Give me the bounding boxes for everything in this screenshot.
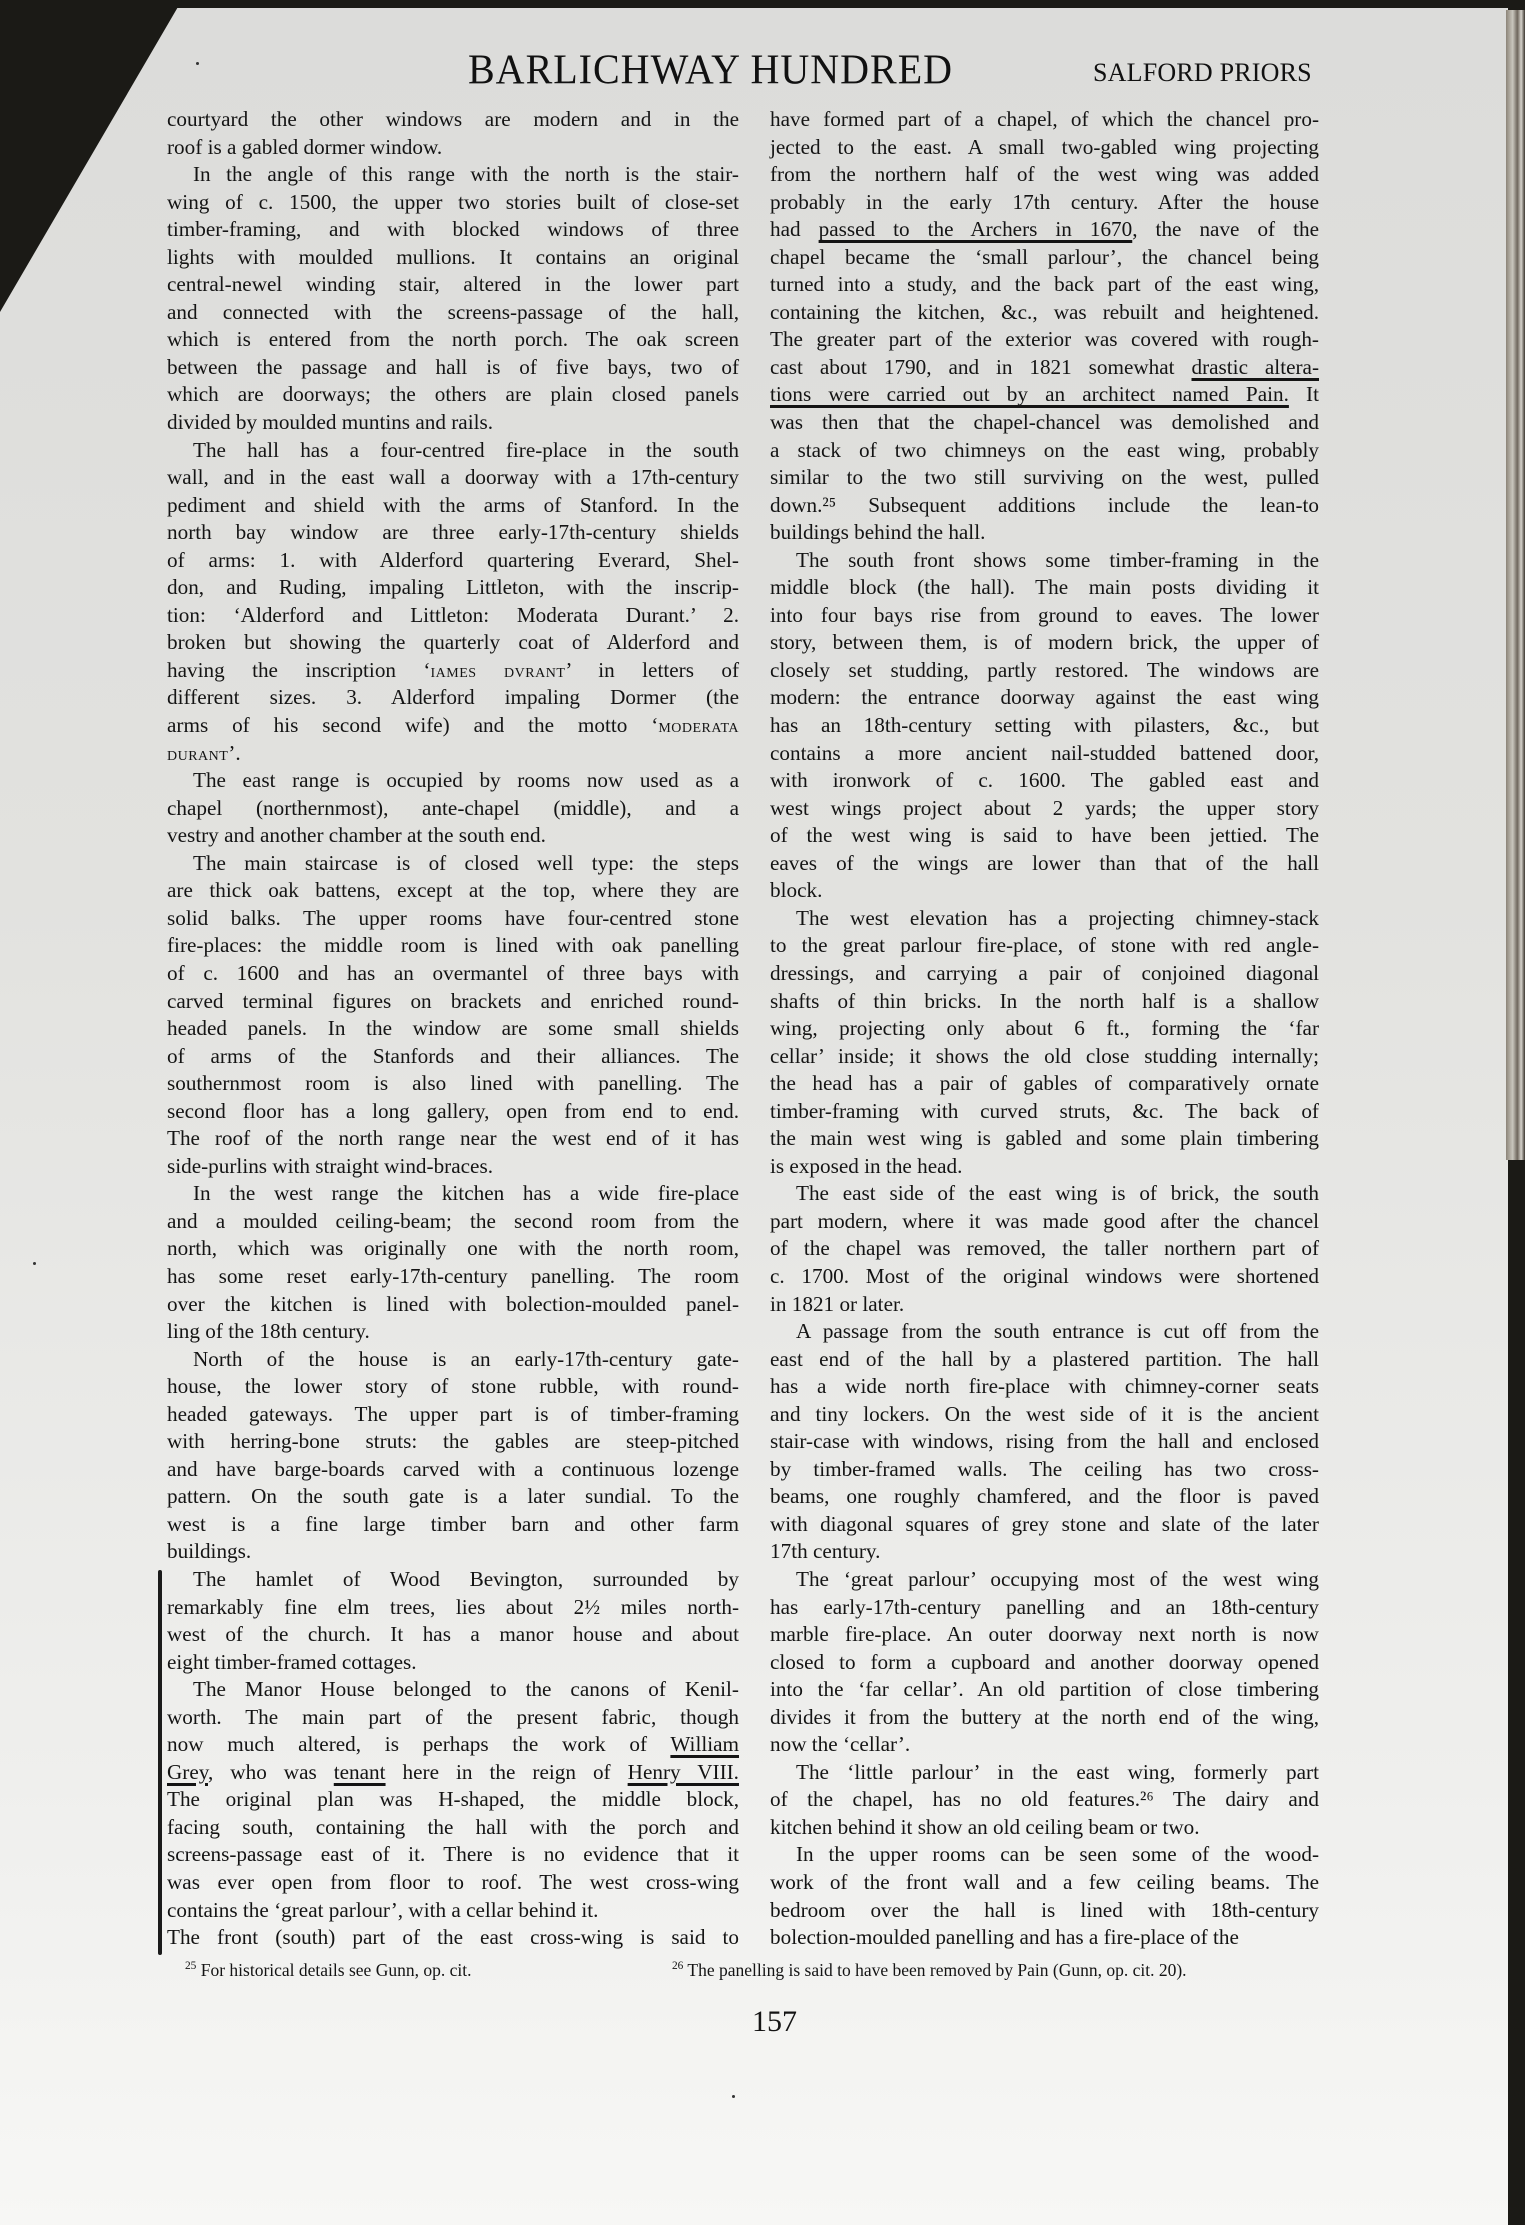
text-line: is exposed in the head. — [770, 1153, 1319, 1181]
text-line: wall, and in the east wall a doorway wit… — [167, 464, 739, 492]
text-line: into the ‘far cellar’. An old partition … — [770, 1676, 1319, 1704]
text-line: work of the front wall and a few ceiling… — [770, 1869, 1319, 1897]
text-line: carved terminal figures on brackets and … — [167, 988, 739, 1016]
text-line: In the west range the kitchen has a wide… — [167, 1180, 739, 1208]
text-line: similar to the two still surviving on th… — [770, 464, 1319, 492]
text-line: different sizes. 3. Alderford impaling D… — [167, 684, 739, 712]
text-line: solid balks. The upper rooms have four-c… — [167, 905, 739, 933]
text-line: remarkably fine elm trees, lies about 2½… — [167, 1594, 739, 1622]
text-line: c. 1700. Most of the original windows we… — [770, 1263, 1319, 1291]
page-number: 157 — [752, 2005, 797, 2039]
text-line: has a wide north fire-place with chimney… — [770, 1373, 1319, 1401]
text-line: of arms of the Stanfords and their allia… — [167, 1043, 739, 1071]
text-line: in 1821 or later. — [770, 1291, 1319, 1319]
text-line: Grey, who was tenant here in the reign o… — [167, 1759, 739, 1787]
text-line: stair-case with windows, rising from the… — [770, 1428, 1319, 1456]
text-line: screens-passage east of it. There is no … — [167, 1841, 739, 1869]
text-line: cast about 1790, and in 1821 somewhat dr… — [770, 354, 1319, 382]
text-line: closely set studding, partly restored. T… — [770, 657, 1319, 685]
text-line: the main west wing is gabled and some pl… — [770, 1125, 1319, 1153]
text-line: arms of his second wife) and the motto ‘… — [167, 712, 739, 740]
page-stack-edge — [1506, 10, 1525, 1160]
text-line: The west elevation has a projecting chim… — [770, 905, 1319, 933]
text-line: has some reset early-17th-century panell… — [167, 1263, 739, 1291]
text-line: 17th century. — [770, 1538, 1319, 1566]
running-head-section: SALFORD PRIORS — [1093, 58, 1312, 88]
text-line: probably in the early 17th century. Afte… — [770, 189, 1319, 217]
text-line: from the northern half of the west wing … — [770, 161, 1319, 189]
left-column: courtyard the other windows are modern a… — [167, 106, 739, 1952]
text-line: facing south, containing the hall with t… — [167, 1814, 739, 1842]
text-line: west is a fine large timber barn and oth… — [167, 1511, 739, 1539]
text-line: courtyard the other windows are modern a… — [167, 106, 739, 134]
text-line: eaves of the wings are lower than that o… — [770, 850, 1319, 878]
text-line: middle block (the hall). The main posts … — [770, 574, 1319, 602]
text-line: block. — [770, 877, 1319, 905]
text-line: containing the kitchen, &c., was rebuilt… — [770, 299, 1319, 327]
text-line: into four bays rise from ground to eaves… — [770, 602, 1319, 630]
text-line: lights with moulded mullions. It contain… — [167, 244, 739, 272]
text-line: now much altered, is perhaps the work of… — [167, 1731, 739, 1759]
text-line: by timber-framed walls. The ceiling has … — [770, 1456, 1319, 1484]
text-line: having the inscription ‘iames dvrant’ in… — [167, 657, 739, 685]
text-line: story, between them, is of modern brick,… — [770, 629, 1319, 657]
text-line: and a moulded ceiling-beam; the second r… — [167, 1208, 739, 1236]
text-line: bolection-moulded panelling and has a fi… — [770, 1924, 1319, 1952]
text-line: turned into a study, and the back part o… — [770, 271, 1319, 299]
text-line: The hall has a four-centred fire-place i… — [167, 437, 739, 465]
text-line: of c. 1600 and has an overmantel of thre… — [167, 960, 739, 988]
speck — [732, 2095, 735, 2098]
text-line: The roof of the north range near the wes… — [167, 1125, 739, 1153]
text-line: The greater part of the exterior was cov… — [770, 326, 1319, 354]
text-line: vestry and another chamber at the south … — [167, 822, 739, 850]
text-line: of arms: 1. with Alderford quartering Ev… — [167, 547, 739, 575]
text-line: which are doorways; the others are plain… — [167, 381, 739, 409]
text-line: pediment and shield with the arms of Sta… — [167, 492, 739, 520]
text-line: beams, one roughly chamfered, and the fl… — [770, 1483, 1319, 1511]
text-line: don, and Ruding, impaling Littleton, wit… — [167, 574, 739, 602]
text-line: now the ‘cellar’. — [770, 1731, 1319, 1759]
text-line: bedroom over the hall is lined with 18th… — [770, 1897, 1319, 1925]
text-line: The south front shows some timber-framin… — [770, 547, 1319, 575]
text-line: The Manor House belonged to the canons o… — [167, 1676, 739, 1704]
text-line: are thick oak battens, except at the top… — [167, 877, 739, 905]
text-line: tion: ‘Alderford and Littleton: Moderata… — [167, 602, 739, 630]
text-line: the head has a pair of gables of compara… — [770, 1070, 1319, 1098]
text-line: ling of the 18th century. — [167, 1318, 739, 1346]
text-line: with herring-bone struts: the gables are… — [167, 1428, 739, 1456]
right-column: have formed part of a chapel, of which t… — [770, 106, 1319, 1952]
text-line: with ironwork of c. 1600. The gabled eas… — [770, 767, 1319, 795]
text-line: wing of c. 1500, the upper two stories b… — [167, 189, 739, 217]
text-line: kitchen behind it show an old ceiling be… — [770, 1814, 1319, 1842]
text-line: closed to form a cupboard and another do… — [770, 1649, 1319, 1677]
text-line: tions were carried out by an architect n… — [770, 381, 1319, 409]
text-line: which is entered from the north porch. T… — [167, 326, 739, 354]
text-line: The hamlet of Wood Bevington, surrounded… — [167, 1566, 739, 1594]
text-line: buildings behind the hall. — [770, 519, 1319, 547]
text-line: has an 18th-century setting with pilaste… — [770, 712, 1319, 740]
text-line: was ever open from floor to roof. The we… — [167, 1869, 739, 1897]
text-line: The main staircase is of closed well typ… — [167, 850, 739, 878]
text-line: between the passage and hall is of five … — [167, 354, 739, 382]
text-line: over the kitchen is lined with bolection… — [167, 1291, 739, 1319]
text-line: divides it from the buttery at the north… — [770, 1704, 1319, 1732]
text-line: and have barge-boards carved with a cont… — [167, 1456, 739, 1484]
running-head-title: BARLICHWAY HUNDRED — [468, 45, 953, 94]
text-line: timber-framing, and with blocked windows… — [167, 216, 739, 244]
footnote-25: 25 For historical details see Gunn, op. … — [185, 1960, 471, 1981]
text-line: and tiny lockers. On the west side of it… — [770, 1401, 1319, 1429]
text-line: a stack of two chimneys on the east wing… — [770, 437, 1319, 465]
text-line: east end of the hall by a plastered part… — [770, 1346, 1319, 1374]
text-line: dressings, and carrying a pair of conjoi… — [770, 960, 1319, 988]
text-line: has early-17th-century panelling and an … — [770, 1594, 1319, 1622]
text-line: A passage from the south entrance is cut… — [770, 1318, 1319, 1346]
text-line: wing, projecting only about 6 ft., formi… — [770, 1015, 1319, 1043]
text-line: The east range is occupied by rooms now … — [167, 767, 739, 795]
text-line: cellar’ inside; it shows the old close s… — [770, 1043, 1319, 1071]
text-line: roof is a gabled dormer window. — [167, 134, 739, 162]
speck — [33, 1262, 36, 1265]
text-line: The east side of the east wing is of bri… — [770, 1180, 1319, 1208]
text-line: down.²⁵ Subsequent additions include the… — [770, 492, 1319, 520]
text-line: west of the church. It has a manor house… — [167, 1621, 739, 1649]
text-line: was then that the chapel-chancel was dem… — [770, 409, 1319, 437]
page-corner-shadow — [0, 0, 182, 312]
text-line: shafts of thin bricks. In the north half… — [770, 988, 1319, 1016]
text-line: fire-places: the middle room is lined wi… — [167, 932, 739, 960]
text-line: contains a more ancient nail-studded bat… — [770, 740, 1319, 768]
text-line: contains the ‘great parlour’, with a cel… — [167, 1897, 739, 1925]
text-line: had passed to the Archers in 1670, the n… — [770, 216, 1319, 244]
text-line: north bay window are three early-17th-ce… — [167, 519, 739, 547]
text-line: of the chapel was removed, the taller no… — [770, 1235, 1319, 1263]
text-line: The ‘little parlour’ in the east wing, f… — [770, 1759, 1319, 1787]
text-line: chapel became the ‘small parlour’, the c… — [770, 244, 1319, 272]
text-line: The ‘great parlour’ occupying most of th… — [770, 1566, 1319, 1594]
text-line: In the upper rooms can be seen some of t… — [770, 1841, 1319, 1869]
footnote-26: 26 The panelling is said to have been re… — [672, 1960, 1187, 1981]
text-line: of the chapel, has no old features.²⁶ Th… — [770, 1786, 1319, 1814]
text-line: headed panels. In the window are some sm… — [167, 1015, 739, 1043]
text-line: central-newel winding stair, altered in … — [167, 271, 739, 299]
text-line: worth. The main part of the present fabr… — [167, 1704, 739, 1732]
text-line: modern: the entrance doorway against the… — [770, 684, 1319, 712]
text-line: house, the lower story of stone rubble, … — [167, 1373, 739, 1401]
text-line: jected to the east. A small two-gabled w… — [770, 134, 1319, 162]
text-line: durant’. — [167, 740, 739, 768]
handwritten-margin-line — [158, 1570, 162, 1955]
speck — [196, 62, 199, 65]
text-line: chapel (northernmost), ante-chapel (midd… — [167, 795, 739, 823]
text-line: buildings. — [167, 1538, 739, 1566]
running-head: BARLICHWAY HUNDRED SALFORD PRIORS — [0, 44, 1525, 94]
text-line: The front (south) part of the east cross… — [167, 1924, 739, 1952]
text-line: North of the house is an early-17th-cent… — [167, 1346, 739, 1374]
text-line: marble fire-place. An outer doorway next… — [770, 1621, 1319, 1649]
text-line: to the great parlour fire-place, of ston… — [770, 932, 1319, 960]
text-line: pattern. On the south gate is a later su… — [167, 1483, 739, 1511]
text-line: The original plan was H-shaped, the midd… — [167, 1786, 739, 1814]
text-line: north, which was originally one with the… — [167, 1235, 739, 1263]
text-line: with diagonal squares of grey stone and … — [770, 1511, 1319, 1539]
text-line: In the angle of this range with the nort… — [167, 161, 739, 189]
text-line: west wings project about 2 yards; the up… — [770, 795, 1319, 823]
text-line: broken but showing the quarterly coat of… — [167, 629, 739, 657]
text-line: second floor has a long gallery, open fr… — [167, 1098, 739, 1126]
text-line: of the west wing is said to have been je… — [770, 822, 1319, 850]
text-line: timber-framing with curved struts, &c. T… — [770, 1098, 1319, 1126]
text-line: part modern, where it was made good afte… — [770, 1208, 1319, 1236]
text-line: and connected with the screens-passage o… — [167, 299, 739, 327]
text-line: southernmost room is also lined with pan… — [167, 1070, 739, 1098]
text-line: eight timber-framed cottages. — [167, 1649, 739, 1677]
text-line: side-purlins with straight wind-braces. — [167, 1153, 739, 1181]
text-line: have formed part of a chapel, of which t… — [770, 106, 1319, 134]
text-line: divided by moulded muntins and rails. — [167, 409, 739, 437]
text-line: headed gateways. The upper part is of ti… — [167, 1401, 739, 1429]
